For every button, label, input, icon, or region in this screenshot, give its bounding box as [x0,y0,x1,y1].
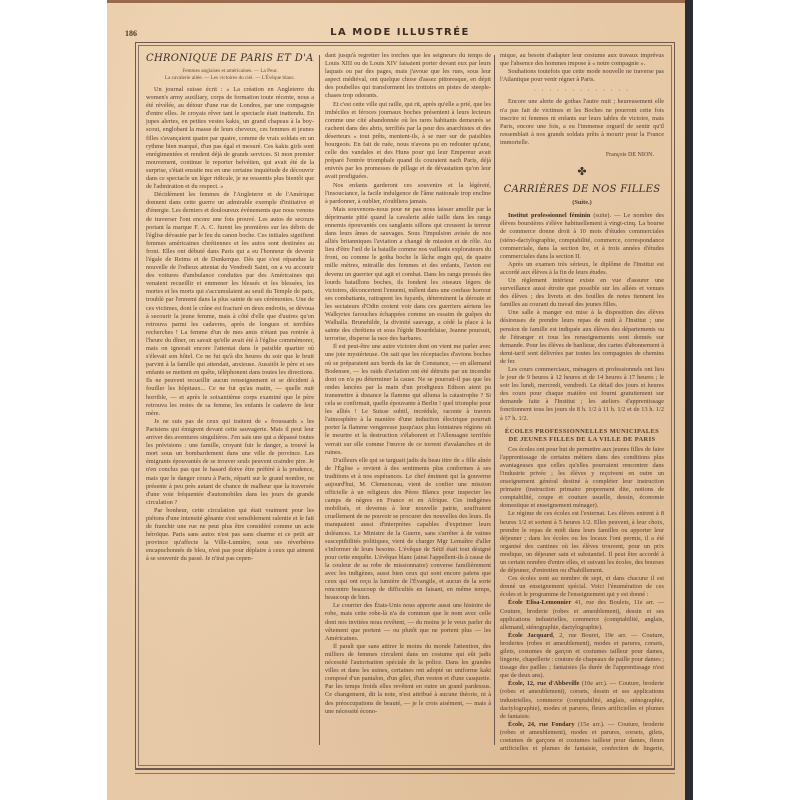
paragraph: Il est peut-être une autre victoire dont… [325,343,491,456]
paragraph: Le courrier des États-Unis nous apporte … [325,602,491,642]
column-divider [494,55,495,745]
school-entry: École, 12, rue d'Abbeville (10e arr.). —… [500,680,664,720]
paragraph: Institut professionnel féminin (suite). … [500,212,664,261]
paragraph: Et c'est cette ville qui raille, qui rit… [325,101,491,182]
carrieres-title: CARRIÈRES DE NOS FILLES [500,183,664,196]
column-3: mique, au besoin d'adapter leur costume … [500,52,664,752]
paragraph: Un règlement intérieur existe en vue d'a… [500,277,664,309]
binding-spine [685,0,693,800]
separator-dots: · · · · · · · · · · · · · [500,87,664,95]
author-signature: François DE NION. [500,151,654,159]
paragraph: mique, au besoin d'adapter leur costume … [500,52,664,68]
paragraph: D'ailleurs elle qui se targuait jadis du… [325,457,491,603]
suite-label: (Suite.) [500,199,664,207]
chronique-summary: Femmes anglaises et américaines. — La Pe… [146,68,314,82]
masthead: LA MODE ILLUSTRÉE [250,27,550,38]
paragraph: Souhaitons toutefois que cette mode nouv… [500,68,664,84]
column-divider [319,55,320,745]
paragraph: Ces écoles sont au nombre de sept, et da… [500,575,664,599]
column-2: dant jusqu'à regretter les torches que l… [325,52,491,752]
chronique-title: CHRONIQUE DE PARIS ET D'AILLEURS [146,52,314,65]
paragraph: Le régime de ces écoles est l'externat. … [500,510,664,575]
school-entry: École Elisa-Lemonnier 41, rue des Boulet… [500,599,664,631]
paragraph: Décidément les femmes de l'Angleterre et… [146,191,314,418]
paragraph: Les cours commerciaux, ménagers et profe… [500,366,664,423]
bottom-rule [135,769,675,774]
paragraph: Il paraît que sans attirer le moins du m… [325,643,491,716]
paragraph: Nos enfants garderont ces souvenirs et l… [325,182,491,206]
school-entry: École, 24, rue Fondary (15e arr.). — Cou… [500,721,664,752]
school-entry: École Jacquard, 2, rue Bouret, 19e arr. … [500,632,664,681]
paragraph: Ces écoles ont pour but de permettre aux… [500,446,664,511]
page-top-edge [107,0,685,3]
paragraph: dant jusqu'à regretter les torches que l… [325,52,491,101]
fleuron-ornament-icon: ✤ [500,165,664,179]
paragraph: Mais souvenons-nous pour ne pas nous lai… [325,206,491,344]
page-number: 186 [125,29,137,38]
paragraph: Je ne suis pas de ceux qui traitent de «… [146,418,314,507]
paragraph: Un journal suisse écrit : « La création … [146,86,314,191]
ecoles-heading: ÉCOLES PROFESSIONNELLES MUNICIPALES DE J… [500,428,664,444]
paragraph: Par bonheur, cette circulation qui était… [146,507,314,564]
column-1: CHRONIQUE DE PARIS ET D'AILLEURS Femmes … [146,52,314,752]
paragraph: Une salle à manger est mise à la disposi… [500,309,664,366]
paragraph: Encore une alerte de gothas l'autre nuit… [500,98,664,147]
paragraph: Après un examen très sérieux, le diplôme… [500,261,664,277]
